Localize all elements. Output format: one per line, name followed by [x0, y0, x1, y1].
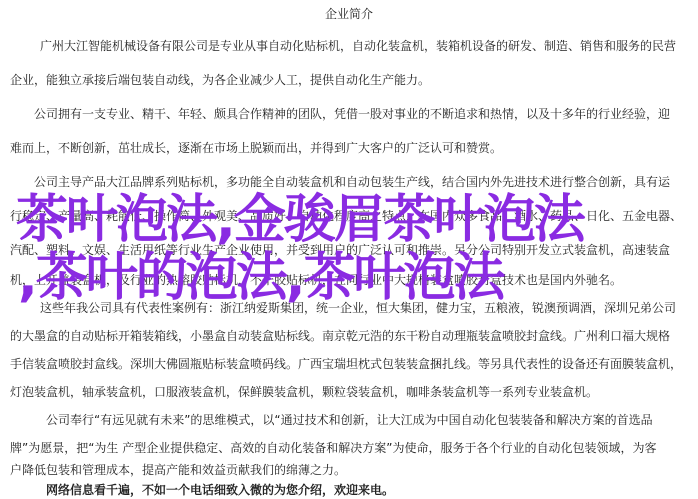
document-page: 企业简介 广州大江智能机械设备有限公司是专业从事自动化贴标机，自动化装盒机，装箱… [0, 0, 698, 499]
paragraph-line: 广州大江智能机械设备有限公司是专业从事自动化贴标机，自动化装盒机，装箱机设备的研… [40, 38, 676, 54]
paragraph-line: 行稳定、产量高、耗能低、操作简、外观美、品质好、自动化程度高之特点，在国内众多食… [10, 208, 682, 224]
paragraph-line: 公司拥有一支专业、精干、年轻、颇具合作精神的团队，凭借一股对事业的不断追求和热情… [34, 106, 670, 122]
paragraph-line: 公司奉行“有远见就有未来”的思维模式，以“通过技术和创新，让大江成为中国自动化包… [46, 412, 653, 428]
paragraph-line: 灯泡装盒机，轴承装盒机，口服液装盒机，保鲜膜装盒机，颗粒袋装盒机，咖啡条装盒机等… [10, 384, 598, 400]
paragraph-line: 公司主导产品大江品牌系列贴标机，多功能全自动装盒机和自动包装生产线，结合国内外先… [34, 174, 670, 190]
paragraph-line: 难而上，不断创新，茁壮成长，逐渐在市场上脱颖而出，并得到广大客户的广泛认可和赞赏… [10, 140, 502, 156]
paragraph-line: 企业，能独立承接后端包装自动线，为各企业减少人工，提供自动化生产能力。 [10, 72, 430, 88]
paragraph-line: 的大墨盒的自动贴标开箱装箱线，小墨盒自动装盒贴标线。南京乾元浩的东干粉自动理瓶装… [10, 328, 670, 344]
paragraph-line: 机，上开盖装盒机，及行业的热熔胶贴标机，不干胶贴标机，在同行业中大规格装盒喷胶封… [10, 272, 622, 288]
paragraph-line: 户降低包装和管理成本，提高产能和效益贡献我们的绵薄之力。 [10, 462, 346, 478]
paragraph-line: 牌”为愿景，把“为生 产型企业提供稳定、高效的自动化装备和解决方案”为使命，服务… [10, 440, 656, 456]
paragraph-line: 汽配、塑料、文娱、生活用纸等行业生产企业使用，并受到用户的广泛认可和推崇。另分公… [10, 242, 670, 258]
closing-line: 网络信息看千遍，不如一个电话细致入微的为您介绍，欢迎来电。 [46, 482, 394, 498]
paragraph-line: 这些年我公司具有代表性案例有：浙江纳爱斯集团，统一企业，恒大集团，健力宝，五粮液… [40, 300, 676, 316]
paragraph-line: 手信装盒喷胶封盒线。深圳大佛圆瓶贴标装盒喷码线。广西宝瑞坦枕式包装装盒捆扎线。等… [10, 356, 682, 372]
page-title: 企业简介 [0, 6, 698, 22]
